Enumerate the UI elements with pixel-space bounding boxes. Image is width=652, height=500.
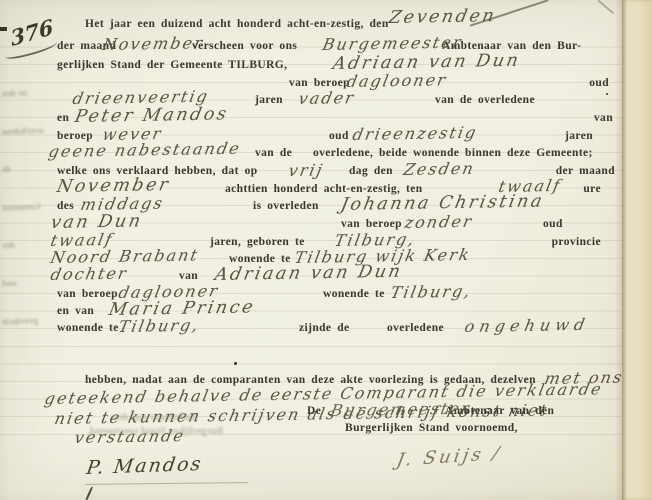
act-line: gerlijken Stand der Gemeente TILBURG, Ad… xyxy=(57,59,615,79)
handwritten-text: Zesden xyxy=(402,159,477,179)
handwritten-text: Tilburg, xyxy=(117,316,201,336)
printed-text: van beroep xyxy=(289,77,350,89)
ink-speck xyxy=(0,27,7,31)
printed-text: Het jaar een duizend acht honderd acht-e… xyxy=(85,18,389,30)
handwritten-text: Burgemeester xyxy=(329,399,472,420)
handwritten-text: daglooner xyxy=(345,70,449,91)
printed-text: provincie xyxy=(552,236,601,248)
printed-text: jaren xyxy=(255,94,283,106)
bleedthrough-fragment: overledene xyxy=(2,125,44,136)
printed-text: De xyxy=(307,405,321,417)
handwritten-text: vrij xyxy=(287,160,326,180)
bleedthrough-fragment: ne den xyxy=(2,88,28,99)
printed-text: is overleden xyxy=(253,200,319,212)
signature-line: P. Mandos xyxy=(57,457,615,477)
printed-text: dag den xyxy=(349,165,393,177)
pen-stroke xyxy=(598,0,614,14)
printed-text: van xyxy=(179,270,198,282)
printed-text: jaren, geboren te xyxy=(210,236,305,248)
bleedthrough-fragment: der xyxy=(2,240,15,250)
signature-underline xyxy=(85,482,248,485)
printed-text: des xyxy=(57,200,74,212)
paper-edge xyxy=(622,0,652,500)
signature-comparant: P. Mandos xyxy=(85,453,204,479)
bleedthrough-fragment: oud xyxy=(2,278,17,289)
printed-text: zijnde de xyxy=(299,322,350,334)
bleedthrough-fragment: Burgerlijken Stand voornoemd, xyxy=(58,425,253,439)
printed-text: van beroep xyxy=(341,218,402,230)
paper-crease xyxy=(615,0,622,500)
printed-text: der maand xyxy=(556,165,615,177)
handwritten-text: November xyxy=(101,33,206,54)
handwritten-text: vader xyxy=(297,88,357,108)
printed-text: jaren xyxy=(565,130,593,142)
printed-text: van xyxy=(594,112,613,124)
handwritten-text: drieenzestig xyxy=(351,123,479,144)
printed-text: oud xyxy=(589,77,609,89)
act-line: geene nabestaande van de overledene, bei… xyxy=(57,147,615,167)
printed-text: en xyxy=(57,112,69,124)
handwritten-text: Tilburg, xyxy=(389,282,473,302)
bleedthrough-fragment: Gemeente xyxy=(2,201,41,212)
handwritten-text: dochter xyxy=(49,264,130,284)
handwritten-text: Adriaan van Dun xyxy=(213,262,404,285)
handwritten-text: geene nabestaande xyxy=(47,139,243,161)
bleedthrough-fragment: de xyxy=(2,164,11,174)
printed-text: oud xyxy=(329,130,349,142)
bleedthrough-left-margin: ne den overledene de Gemeente der oud pr… xyxy=(2,88,54,326)
printed-text: van de xyxy=(255,147,292,159)
printed-text: overledene xyxy=(387,322,444,334)
handwritten-text: Zevenden xyxy=(387,6,498,28)
handwritten-text: Burgemeester xyxy=(321,33,464,54)
printed-text: gerlijken Stand der Gemeente TILBURG, xyxy=(57,59,287,71)
printed-text: en van xyxy=(57,305,94,317)
printed-text: beroep xyxy=(57,130,93,142)
bleedthrough-fragment: Ambtenaar van den xyxy=(58,411,253,425)
printed-text: Burgerlijken Stand voornoemd, xyxy=(345,422,518,434)
bleedthrough-fragment: provincie xyxy=(2,315,38,326)
printed-text: oud xyxy=(543,218,563,230)
death-certificate-page: 376 ne den overledene de Gemeente der ou… xyxy=(0,0,652,500)
printed-text: wonende te xyxy=(323,288,385,300)
bleedthrough-bottom: Ambtenaar van den Burgerlijken Stand voo… xyxy=(58,411,253,439)
printed-text: overledene, beide wonende binnen deze Ge… xyxy=(313,147,593,159)
printed-text: wonende te xyxy=(57,322,119,334)
ink-speck xyxy=(234,362,237,365)
act-line: wonende te Tilburg, zijnde de overledene… xyxy=(57,322,615,342)
printed-text: verscheen voor ons xyxy=(192,40,297,52)
signature-stub-stroke xyxy=(85,486,93,500)
printed-text: ure xyxy=(583,183,601,195)
handwritten-text: ongehuwd xyxy=(463,315,591,336)
printed-text: van de overledene xyxy=(435,94,535,106)
printed-text: van beroep xyxy=(57,288,118,300)
